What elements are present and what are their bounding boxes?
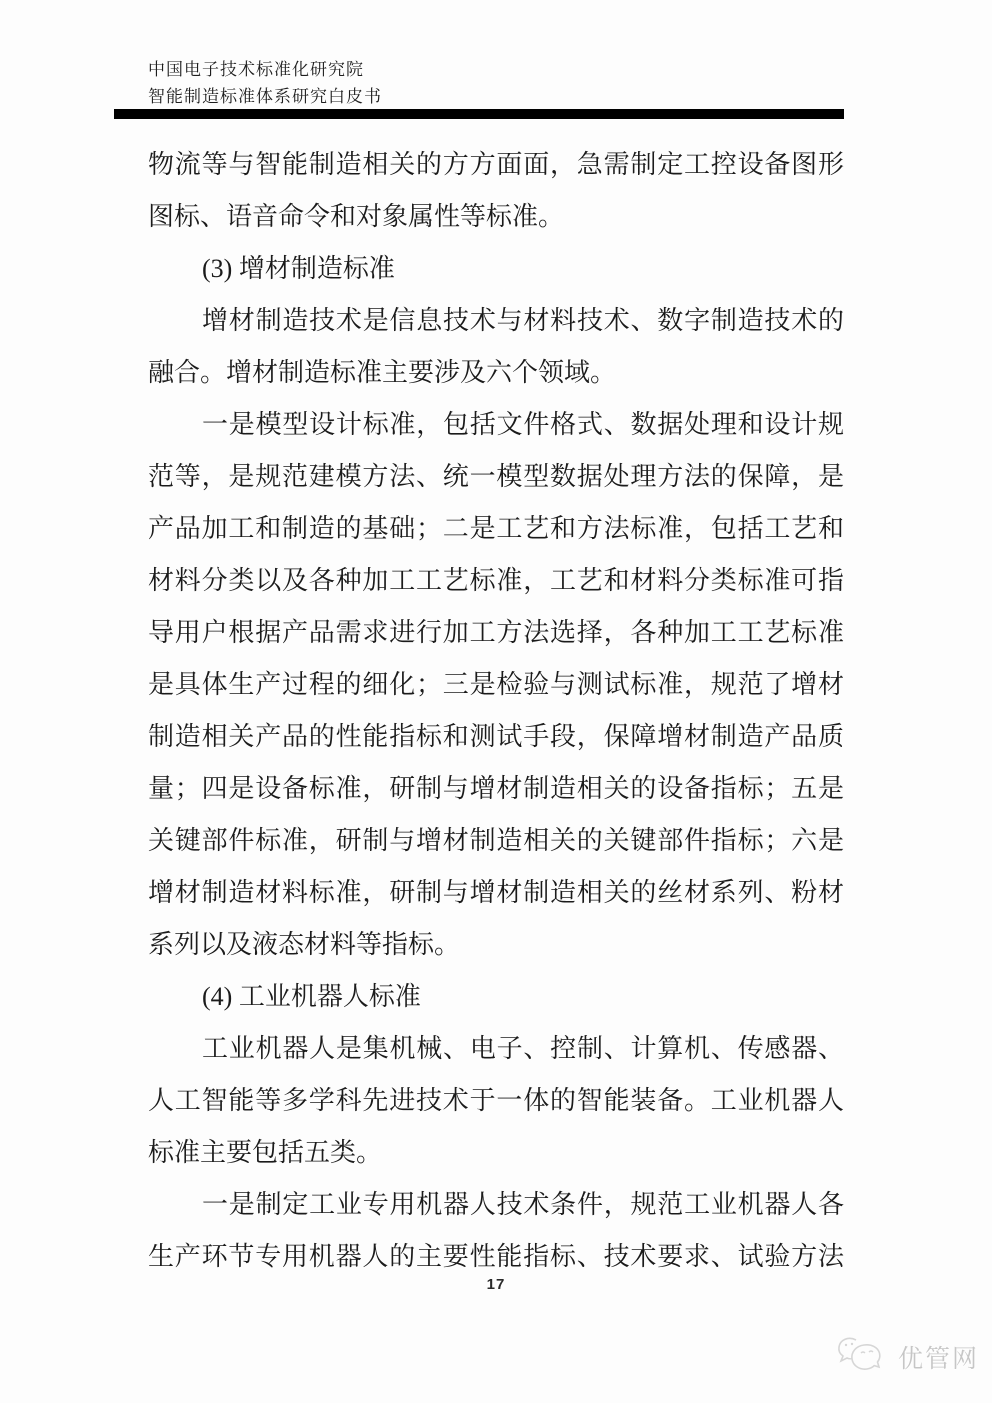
text-line: 一是制定工业专用机器人技术条件，规范工业机器人各	[148, 1179, 844, 1231]
text-line: 导用户根据产品需求进行加工方法选择，各种加工工艺标准	[148, 607, 844, 659]
text-line: 一是模型设计标准，包括文件格式、数据处理和设计规	[148, 399, 844, 451]
header-doc-title: 智能制造标准体系研究白皮书	[148, 83, 382, 110]
text-line: 物流等与智能制造相关的方方面面，急需制定工控设备图形	[148, 139, 844, 191]
text-line: 图标、语音命令和对象属性等标准。	[148, 191, 844, 243]
text-line: 是具体生产过程的细化；三是检验与测试标准，规范了增材	[148, 659, 844, 711]
text-line: 增材制造材料标准，研制与增材制造相关的丝材系列、粉材	[148, 867, 844, 919]
page-number: 17	[148, 1276, 844, 1293]
watermark: 优管网	[834, 1332, 979, 1382]
text-line: 产品加工和制造的基础；二是工艺和方法标准，包括工艺和	[148, 503, 844, 555]
watermark-text: 优管网	[898, 1339, 979, 1375]
text-line: 量；四是设备标准，研制与增材制造相关的设备指标；五是	[148, 763, 844, 815]
page-header: 中国电子技术标准化研究院 智能制造标准体系研究白皮书	[148, 56, 382, 110]
section-heading: (3) 增材制造标准	[148, 243, 844, 295]
text-line: 范等，是规范建模方法、统一模型数据处理方法的保障，是	[148, 451, 844, 503]
text-line: 系列以及液态材料等指标。	[148, 919, 844, 971]
header-rule	[114, 109, 844, 119]
text-line: 标准主要包括五类。	[148, 1127, 844, 1179]
chat-bubbles-icon	[834, 1332, 890, 1382]
document-page: 中国电子技术标准化研究院 智能制造标准体系研究白皮书 物流等与智能制造相关的方方…	[0, 0, 992, 1403]
section-heading: (4) 工业机器人标准	[148, 971, 844, 1023]
body-text: 物流等与智能制造相关的方方面面，急需制定工控设备图形 图标、语音命令和对象属性等…	[148, 139, 844, 1283]
text-line: 人工智能等多学科先进技术于一体的智能装备。工业机器人	[148, 1075, 844, 1127]
text-line: 材料分类以及各种加工工艺标准，工艺和材料分类标准可指	[148, 555, 844, 607]
header-org-name: 中国电子技术标准化研究院	[148, 56, 382, 83]
text-line: 关键部件标准，研制与增材制造相关的关键部件指标；六是	[148, 815, 844, 867]
text-line: 制造相关产品的性能指标和测试手段，保障增材制造产品质	[148, 711, 844, 763]
text-line: 工业机器人是集机械、电子、控制、计算机、传感器、	[148, 1023, 844, 1075]
text-line: 增材制造技术是信息技术与材料技术、数字制造技术的	[148, 295, 844, 347]
text-line: 融合。增材制造标准主要涉及六个领域。	[148, 347, 844, 399]
